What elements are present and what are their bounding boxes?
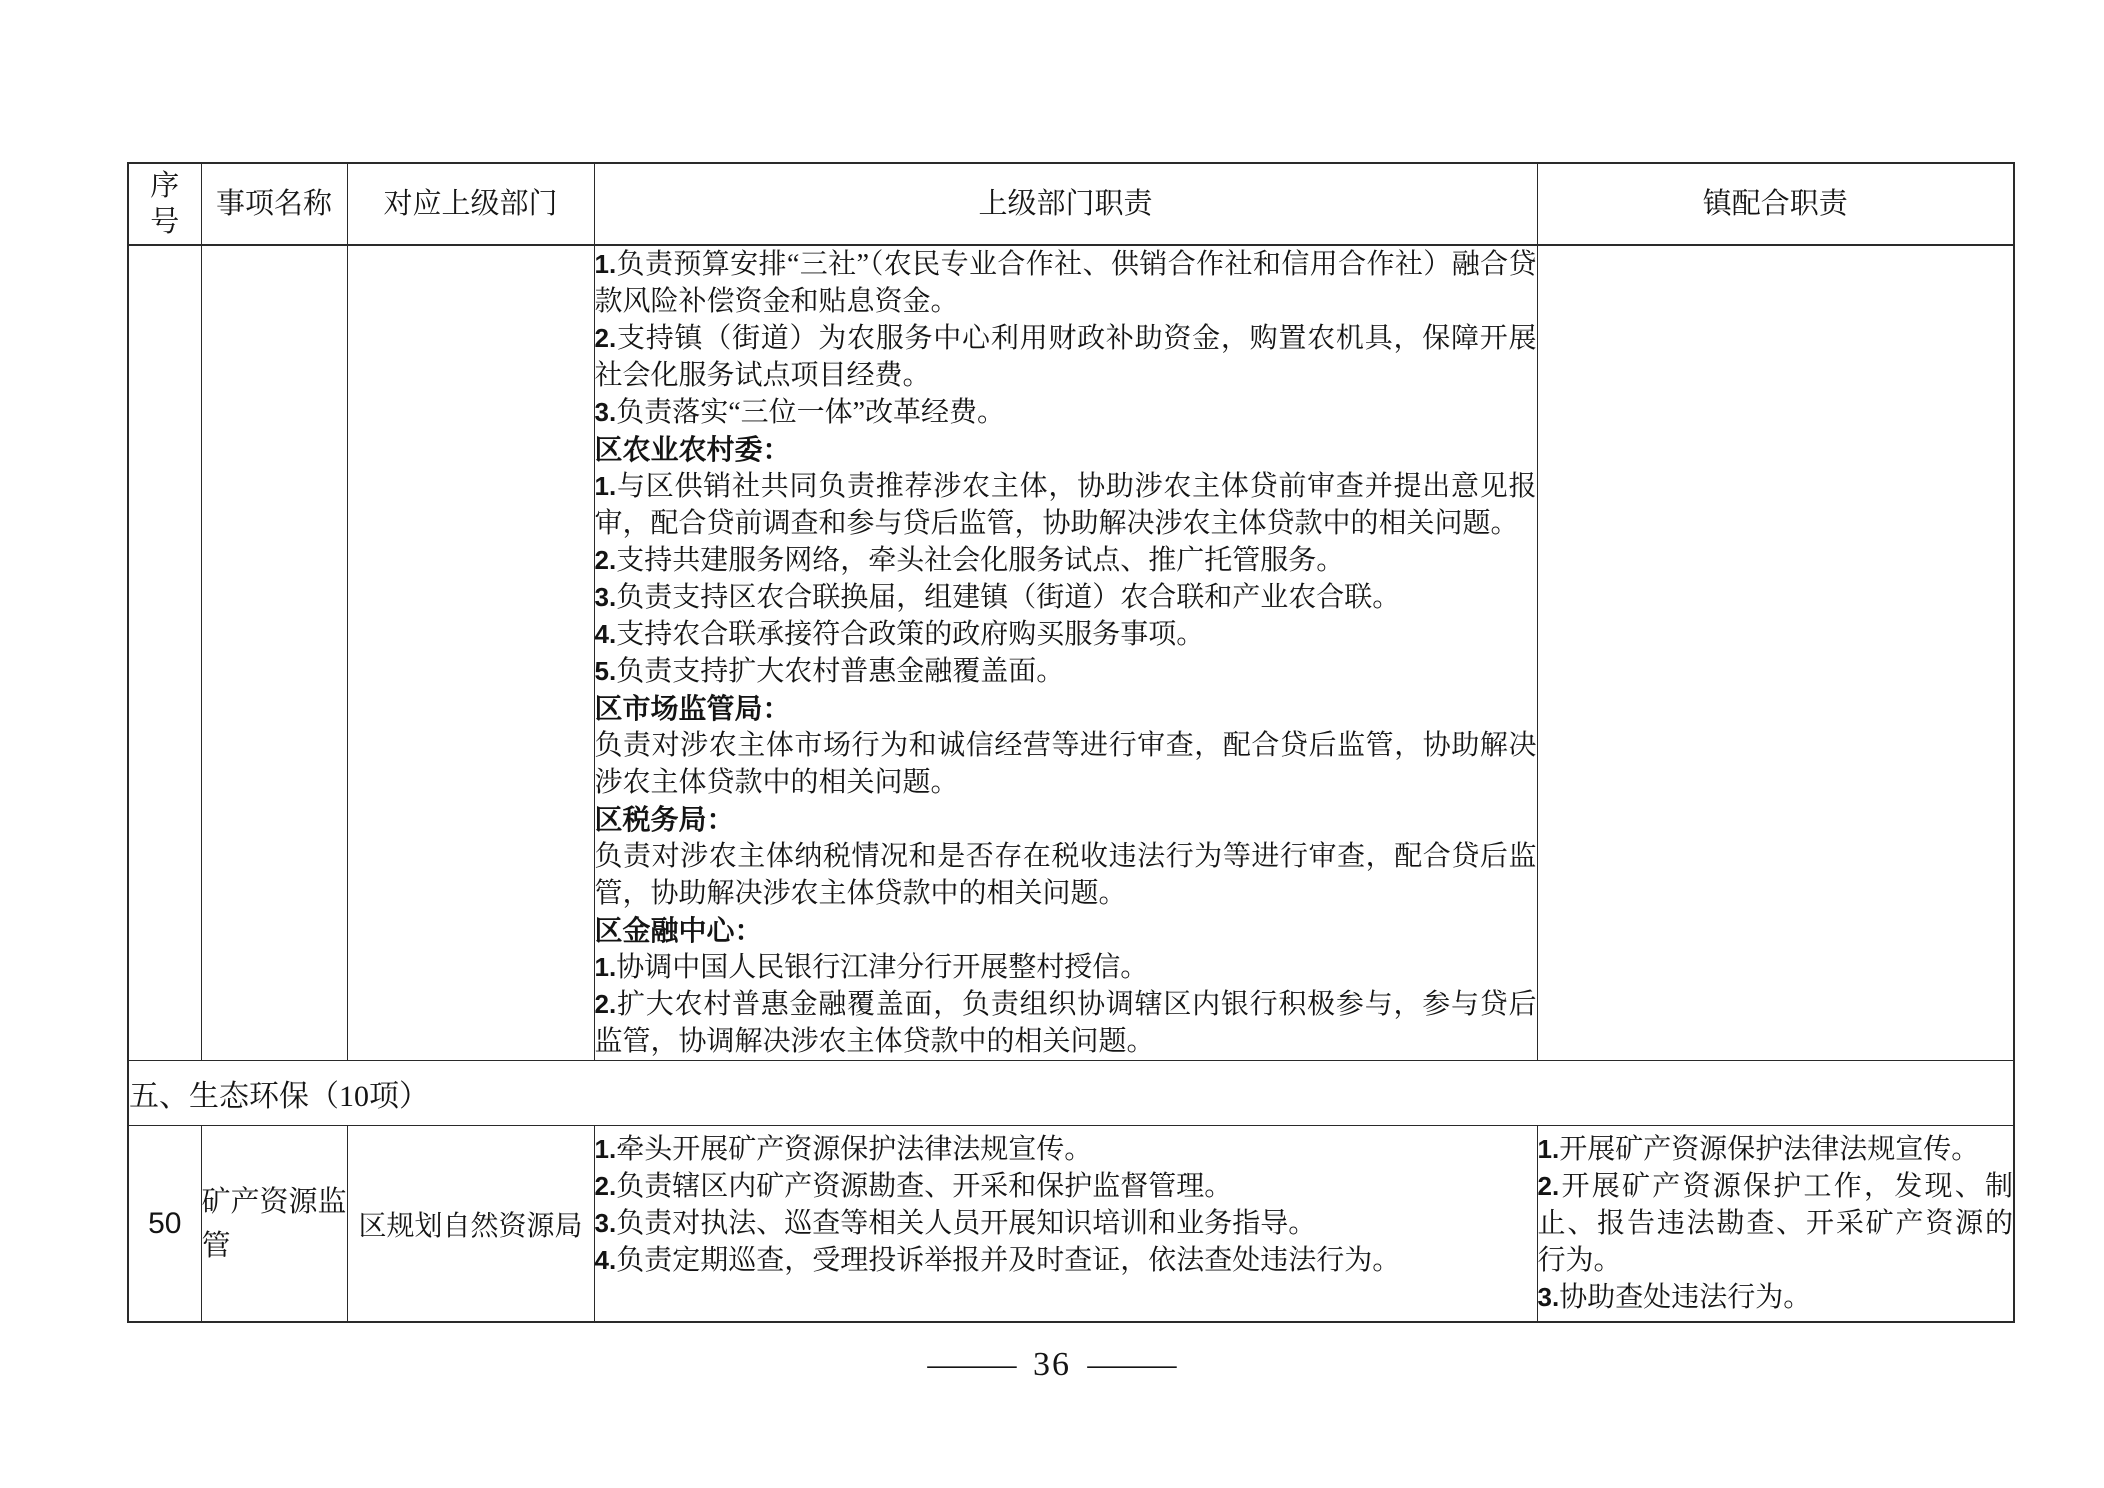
duty-line: 5.负责支持扩大农村普惠金融覆盖面。: [595, 653, 1537, 690]
duty-line: 3.负责支持区农合联换届，组建镇（街道）农合联和产业农合联。: [595, 579, 1537, 616]
line-number: 3.: [595, 1208, 617, 1238]
serial-cell-empty: [128, 245, 201, 1061]
duty-line: 2.扩大农村普惠金融覆盖面，负责组织协调辖区内银行积极参与，参与贷后监管，协调解…: [595, 986, 1537, 1060]
duty-line: 1.负责预算安排“三社”（农民专业合作社、供销合作社和信用合作社）融合贷款风险补…: [595, 246, 1537, 320]
duty-line: 4.支持农合联承接符合政策的政府购买服务事项。: [595, 616, 1537, 653]
line-number: 2.: [595, 989, 617, 1019]
duty-subheading: 区农业农村委：: [595, 431, 1537, 468]
line-text: 牵头开展矿产资源保护法律法规宣传。: [616, 1134, 1092, 1165]
item-name: 矿产资源监管: [201, 1126, 347, 1323]
duty-line: 2.支持共建服务网络，牵头社会化服务试点、推广托管服务。: [595, 542, 1537, 579]
line-number: 3.: [595, 582, 617, 612]
line-text: 负责落实“三位一体”改革经费。: [616, 397, 1005, 428]
line-number: 1.: [595, 952, 617, 982]
line-number: 3.: [1538, 1282, 1560, 1312]
line-number: 1.: [1538, 1134, 1560, 1164]
line-text: 开展矿产资源保护法律法规宣传。: [1559, 1134, 1979, 1165]
header-upper-duty: 上级部门职责: [594, 163, 1537, 245]
line-number: 2.: [595, 1171, 617, 1201]
section-title: 五、生态环保（10项）: [128, 1061, 2014, 1126]
section-row: 五、生态环保（10项）: [128, 1061, 2014, 1126]
town-duty-cell: 1.开展矿产资源保护法律法规宣传。 2.开展矿产资源保护工作，发现、制止、报告违…: [1537, 1126, 2014, 1323]
page-footer: —36—: [0, 1346, 2104, 1384]
line-number: 1.: [595, 249, 617, 279]
dept-cell-empty: [347, 245, 594, 1061]
line-number: 5.: [595, 656, 617, 686]
header-serial-number: 序号: [128, 163, 201, 245]
duty-line: 3.协助查处违法行为。: [1538, 1279, 2014, 1316]
line-text: 协调中国人民银行江津分行开展整村授信。: [616, 952, 1148, 983]
page-number: 36: [1033, 1346, 1071, 1384]
duty-line: 1.牵头开展矿产资源保护法律法规宣传。: [595, 1131, 1537, 1168]
line-text: 负责预算安排“三社”（农民专业合作社、供销合作社和信用合作社）融合贷款风险补偿资…: [595, 249, 1537, 317]
upper-duty-cell: 1.负责预算安排“三社”（农民专业合作社、供销合作社和信用合作社）融合贷款风险补…: [594, 245, 1537, 1061]
line-text: 负责定期巡查，受理投诉举报并及时查证，依法查处违法行为。: [616, 1245, 1400, 1276]
line-number: 4.: [595, 1245, 617, 1275]
table-row-50: 50 矿产资源监管 区规划自然资源局 1.牵头开展矿产资源保护法律法规宣传。 2…: [128, 1126, 2014, 1323]
line-number: 2.: [1538, 1171, 1560, 1201]
duty-subheading: 区税务局：: [595, 801, 1537, 838]
table-row-continuation: 1.负责预算安排“三社”（农民专业合作社、供销合作社和信用合作社）融合贷款风险补…: [128, 245, 2014, 1061]
line-number: 3.: [595, 397, 617, 427]
line-text: 协助查处违法行为。: [1559, 1282, 1811, 1313]
duty-line: 1.开展矿产资源保护法律法规宣传。: [1538, 1131, 2014, 1168]
line-text: 与区供销社共同负责推荐涉农主体，协助涉农主体贷前审查并提出意见报审，配合贷前调查…: [595, 471, 1537, 539]
line-number: 1.: [595, 471, 617, 501]
line-text: 扩大农村普惠金融覆盖面，负责组织协调辖区内银行积极参与，参与贷后监管，协调解决涉…: [595, 989, 1537, 1057]
duty-line: 3.负责落实“三位一体”改革经费。: [595, 394, 1537, 431]
duty-line: 负责对涉农主体纳税情况和是否存在税收违法行为等进行审查，配合贷后监管，协助解决涉…: [595, 838, 1537, 912]
line-text: 负责支持区农合联换届，组建镇（街道）农合联和产业农合联。: [616, 582, 1400, 613]
serial-number: 50: [128, 1126, 201, 1323]
header-row: 序号 事项名称 对应上级部门 上级部门职责 镇配合职责: [128, 163, 2014, 245]
line-number: 2.: [595, 323, 617, 353]
duty-line: 负责对涉农主体市场行为和诚信经营等进行审查，配合贷后监管，协助解决涉农主体贷款中…: [595, 727, 1537, 801]
header-item-name: 事项名称: [201, 163, 347, 245]
line-text: 开展矿产资源保护工作，发现、制止、报告违法勘查、开采矿产资源的行为。: [1538, 1171, 2014, 1276]
line-number: 4.: [595, 619, 617, 649]
duty-line: 1.与区供销社共同负责推荐涉农主体，协助涉农主体贷前审查并提出意见报审，配合贷前…: [595, 468, 1537, 542]
duty-line: 2.负责辖区内矿产资源勘查、开采和保护监督管理。: [595, 1168, 1537, 1205]
line-number: 2.: [595, 545, 617, 575]
line-text: 负责辖区内矿产资源勘查、开采和保护监督管理。: [616, 1171, 1232, 1202]
duty-line: 1.协调中国人民银行江津分行开展整村授信。: [595, 949, 1537, 986]
document-page: { "header": { "col_serial": "序号", "col_i…: [0, 0, 2104, 1488]
duty-subheading: 区金融中心：: [595, 912, 1537, 949]
upper-duty-cell: 1.牵头开展矿产资源保护法律法规宣传。 2.负责辖区内矿产资源勘查、开采和保护监…: [594, 1126, 1537, 1323]
town-duty-cell-empty: [1537, 245, 2014, 1061]
header-upper-department: 对应上级部门: [347, 163, 594, 245]
line-text: 负责支持扩大农村普惠金融覆盖面。: [616, 656, 1064, 687]
line-text: 支持共建服务网络，牵头社会化服务试点、推广托管服务。: [616, 545, 1344, 576]
duty-line: 3.负责对执法、巡查等相关人员开展知识培训和业务指导。: [595, 1205, 1537, 1242]
duty-line: 2.支持镇（街道）为农服务中心利用财政补助资金，购置农机具，保障开展社会化服务试…: [595, 320, 1537, 394]
line-text: 支持农合联承接符合政策的政府购买服务事项。: [616, 619, 1204, 650]
duty-line: 2.开展矿产资源保护工作，发现、制止、报告违法勘查、开采矿产资源的行为。: [1538, 1168, 2014, 1279]
duty-subheading: 区市场监管局：: [595, 690, 1537, 727]
line-text: 负责对执法、巡查等相关人员开展知识培训和业务指导。: [616, 1208, 1316, 1239]
header-town-duty: 镇配合职责: [1537, 163, 2014, 245]
footer-dash-right: —: [1088, 1346, 1176, 1384]
item-name-cell-empty: [201, 245, 347, 1061]
line-text: 支持镇（街道）为农服务中心利用财政补助资金，购置农机具，保障开展社会化服务试点项…: [595, 323, 1537, 391]
footer-dash-left: —: [928, 1346, 1016, 1384]
responsibility-table: 序号 事项名称 对应上级部门 上级部门职责 镇配合职责 1.负责预算安排“三社”…: [127, 162, 2015, 1323]
line-number: 1.: [595, 1134, 617, 1164]
duty-line: 4.负责定期巡查，受理投诉举报并及时查证，依法查处违法行为。: [595, 1242, 1537, 1279]
table-header: 序号 事项名称 对应上级部门 上级部门职责 镇配合职责: [128, 163, 2014, 245]
upper-department: 区规划自然资源局: [347, 1126, 594, 1323]
